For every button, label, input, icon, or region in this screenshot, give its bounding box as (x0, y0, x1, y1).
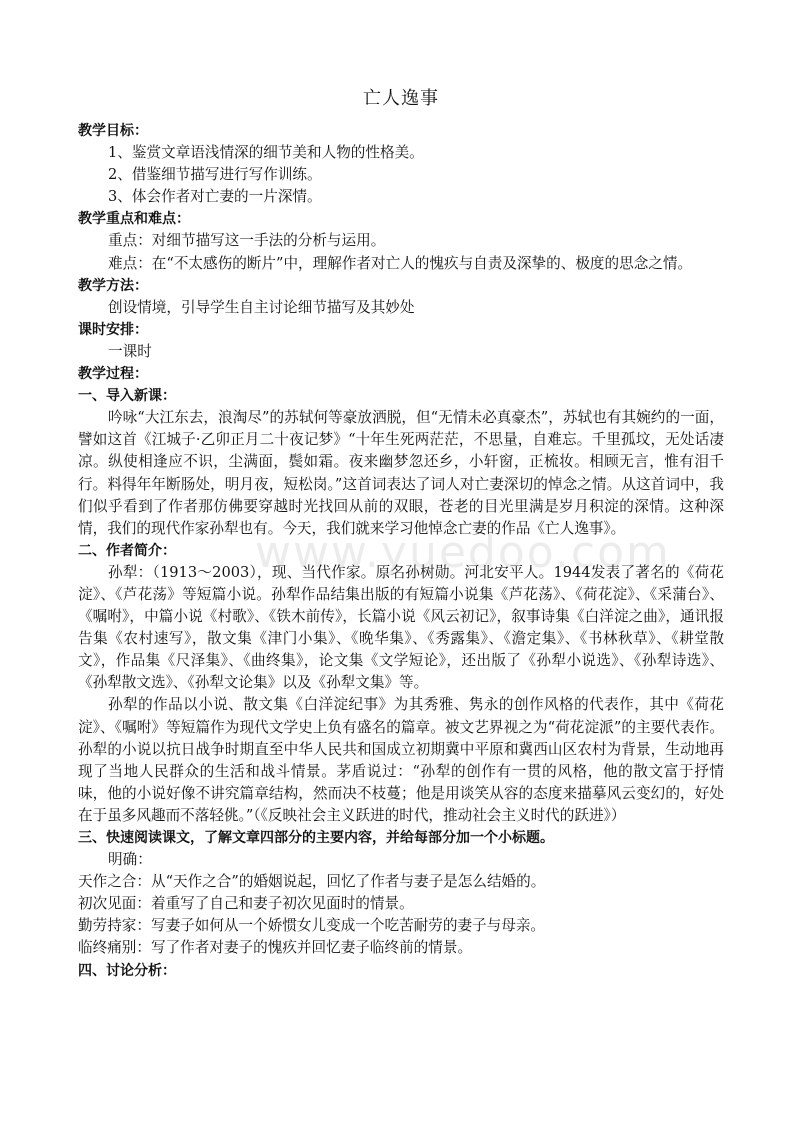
goals-heading: 教学目标： (78, 120, 724, 142)
part1-text: 吟咏“大江东去，浪淘尽”的苏轼何等豪放洒脱，但“无情未必真豪杰”，苏轼也有其婉约… (78, 407, 724, 540)
author-paragraph: 孙犁的作品以小说、散文集《白洋淀纪事》为其秀雅、隽永的创作风格的代表作，其中《荷… (78, 694, 724, 827)
part4-heading: 四、讨论分析： (78, 960, 724, 982)
document-title: 亡人逸事 (78, 84, 724, 114)
clarify-label: 明确： (78, 849, 724, 871)
section-summary: 初次见面：着重写了自己和妻子初次见面时的情景。 (78, 893, 724, 915)
goal-item: 1、鉴赏文章语浅情深的细节美和人物的性格美。 (78, 142, 724, 164)
author-paragraph: 孙犁：（1913～2003），现、当代作家。原名孙树勋。河北安平人。1944发表… (78, 562, 724, 695)
method-text: 创设情境，引导学生自主讨论细节描写及其妙处 (78, 297, 724, 319)
process-heading: 教学过程： (78, 363, 724, 385)
goal-item: 2、借鉴细节描写进行写作训练。 (78, 164, 724, 186)
goal-item: 3、体会作者对亡妻的一片深情。 (78, 186, 724, 208)
part2-heading: 二、作者简介： (78, 540, 724, 562)
part3-heading: 三、快速阅读课文，了解文章四部分的主要内容，并给每部分加一个小标题。 (78, 827, 724, 849)
method-heading: 教学方法： (78, 275, 724, 297)
section-summary: 临终痛别：写了作者对妻子的愧疚并回忆妻子临终前的情景。 (78, 937, 724, 959)
part1-heading: 一、导入新课： (78, 385, 724, 407)
schedule-text: 一课时 (78, 341, 724, 363)
section-summary: 天作之合：从“天作之合”的婚姻说起，回忆了作者与妻子是怎么结婚的。 (78, 871, 724, 893)
schedule-heading: 课时安排： (78, 319, 724, 341)
document-page: 亡人逸事 教学目标： 1、鉴赏文章语浅情深的细节美和人物的性格美。 2、借鉴细节… (78, 84, 724, 982)
key-point-difficulty: 难点：在“不太感伤的断片”中，理解作者对亡人的愧疚与自责及深挚的、极度的思念之情… (78, 253, 724, 275)
section-summary: 勤劳持家：写妻子如何从一个娇惯女儿变成一个吃苦耐劳的妻子与母亲。 (78, 915, 724, 937)
key-points-heading: 教学重点和难点： (78, 208, 724, 230)
key-point-focus: 重点：对细节描写这一手法的分析与运用。 (78, 230, 724, 252)
